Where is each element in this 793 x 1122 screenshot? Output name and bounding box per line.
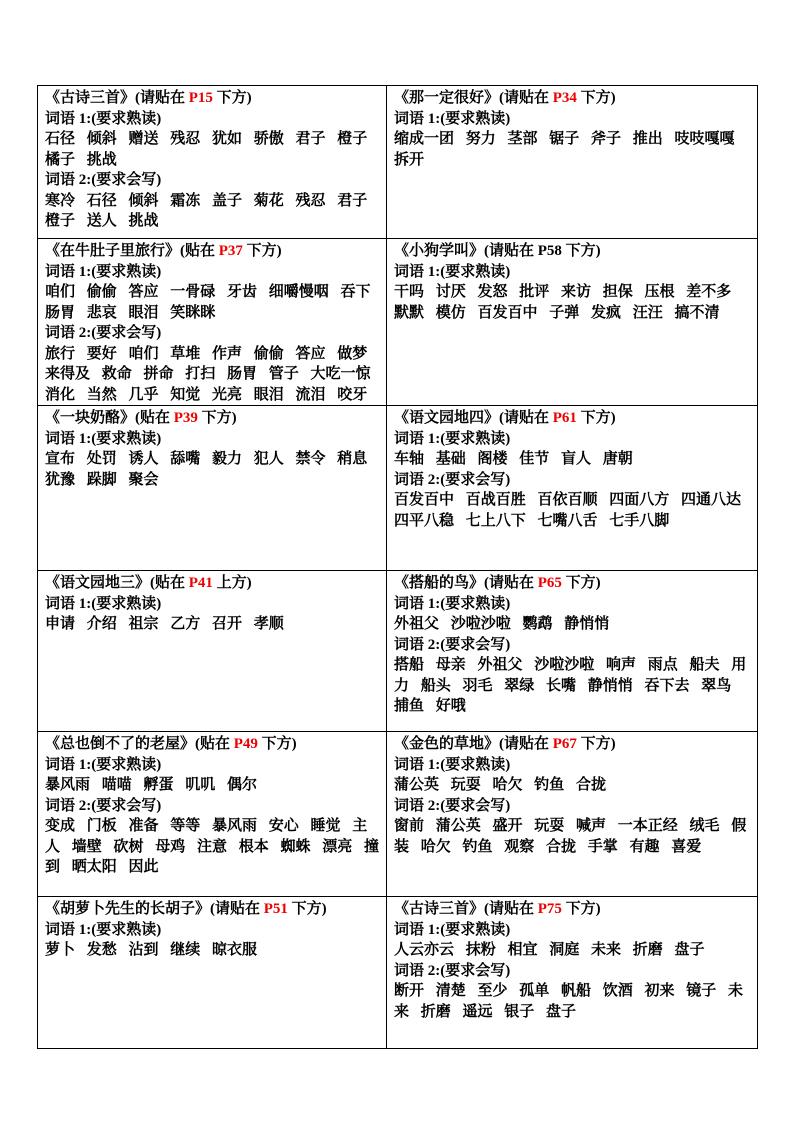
lesson-title-prefix: 《语文园地三》(贴在 [45,575,189,591]
lesson-title: 《搭船的鸟》(请贴在 P65 下方) [394,573,751,594]
lesson-title: 《古诗三首》(请贴在 P15 下方) [45,88,380,109]
lesson-title-prefix: 《在牛肚子里旅行》(贴在 [45,243,219,259]
lesson-title-suffix: 下方) [577,90,616,106]
words2-label: 词语 2:(要求会写) [394,470,751,491]
vocab-cell-gushisanshou-2: 《古诗三首》(请贴在 P75 下方) 词语 1:(要求熟读) 人云亦云 抹粉 相… [387,897,758,1049]
table-row: 《总也倒不了的老屋》(贴在 P49 下方) 词语 1:(要求熟读) 暴风雨 喵喵… [38,732,758,897]
lesson-title: 《总也倒不了的老屋》(贴在 P49 下方) [45,734,380,755]
page-ref: P65 [538,575,562,591]
vocab-cell-gushisanshou-1: 《古诗三首》(请贴在 P15 下方) 词语 1:(要求熟读) 石径 倾斜 赠送 … [38,86,387,239]
page-ref: P58 [538,243,562,259]
table-row: 《一块奶酪》(贴在 P39 下方) 词语 1:(要求熟读) 宣布 处罚 诱人 舔… [38,406,758,571]
vocab-cell-nayidinghenhao: 《那一定很好》(请贴在 P34 下方) 词语 1:(要求熟读) 缩成一团 努力 … [387,86,758,239]
vocab-cell-huluobo: 《胡萝卜先生的长胡子》(请贴在 P51 下方) 词语 1:(要求熟读) 萝卜 发… [38,897,387,1049]
words2-list: 百发百中 百战百胜 百依百顺 四面八方 四通八达 四平八稳 七上八下 七嘴八舌 … [394,490,751,531]
lesson-title-suffix: 下方) [577,410,616,426]
page-ref: P15 [189,90,213,106]
words1-label: 词语 1:(要求熟读) [394,429,751,450]
lesson-title-suffix: 下方) [562,575,601,591]
words2-label: 词语 2:(要求会写) [394,796,751,817]
lesson-title-prefix: 《总也倒不了的老屋》(贴在 [45,736,234,752]
page-ref: P61 [553,410,577,426]
words1-list: 人云亦云 抹粉 相宜 洞庭 未来 折磨 盘子 [394,940,751,961]
page-ref: P51 [264,901,288,917]
vocab-cell-xiaogouxuejiao: 《小狗学叫》(请贴在 P58 下方) 词语 1:(要求熟读) 干吗 讨厌 发怒 … [387,239,758,406]
lesson-title-suffix: 下方) [198,410,237,426]
page-ref: P34 [553,90,577,106]
words1-label: 词语 1:(要求熟读) [45,429,380,450]
page-ref: P41 [189,575,213,591]
page-ref: P67 [553,736,577,752]
table-row: 《在牛肚子里旅行》(贴在 P37 下方) 词语 1:(要求熟读) 咱们 偷偷 答… [38,239,758,406]
lesson-title-prefix: 《胡萝卜先生的长胡子》(请贴在 [45,901,264,917]
table-row: 《胡萝卜先生的长胡子》(请贴在 P51 下方) 词语 1:(要求熟读) 萝卜 发… [38,897,758,1049]
words1-list: 缩成一团 努力 茎部 锯子 斧子 推出 吱吱嘎嘎 拆开 [394,129,751,170]
lesson-title-prefix: 《搭船的鸟》(请贴在 [394,575,538,591]
vocab-cell-dachuandeniao: 《搭船的鸟》(请贴在 P65 下方) 词语 1:(要求熟读) 外祖父 沙啦沙啦 … [387,571,758,732]
words1-label: 词语 1:(要求熟读) [45,594,380,615]
table-row: 《语文园地三》(贴在 P41 上方) 词语 1:(要求熟读) 申请 介绍 祖宗 … [38,571,758,732]
page-ref: P49 [234,736,258,752]
lesson-title-prefix: 《语文园地四》(请贴在 [394,410,553,426]
vocab-cell-yuwenyuandi-3: 《语文园地三》(贴在 P41 上方) 词语 1:(要求熟读) 申请 介绍 祖宗 … [38,571,387,732]
lesson-title-prefix: 《那一定很好》(请贴在 [394,90,553,106]
words2-label: 词语 2:(要求会写) [394,635,751,656]
vocab-cell-yuwenyuandi-4: 《语文园地四》(请贴在 P61 下方) 词语 1:(要求熟读) 车轴 基础 阁楼… [387,406,758,571]
lesson-title: 《语文园地四》(请贴在 P61 下方) [394,408,751,429]
lesson-title-suffix: 下方) [258,736,297,752]
lesson-title-prefix: 《金色的草地》(请贴在 [394,736,553,752]
words2-label: 词语 2:(要求会写) [45,323,380,344]
lesson-title-suffix: 上方) [213,575,252,591]
words1-list: 萝卜 发愁 沾到 继续 晾衣服 [45,940,380,961]
words1-list: 外祖父 沙啦沙啦 鹦鹉 静悄悄 [394,614,751,635]
words2-label: 词语 2:(要求会写) [394,961,751,982]
words1-list: 暴风雨 喵喵 孵蛋 叽叽 偶尔 [45,775,380,796]
vocab-table: 《古诗三首》(请贴在 P15 下方) 词语 1:(要求熟读) 石径 倾斜 赠送 … [37,85,758,1049]
words1-list: 石径 倾斜 赠送 残忍 犹如 骄傲 君子 橙子 橘子 挑战 [45,129,380,170]
words1-label: 词语 1:(要求熟读) [394,920,751,941]
words1-list: 宣布 处罚 诱人 舔嘴 毅力 犯人 禁令 稍息 犹豫 跺脚 聚会 [45,449,380,490]
lesson-title-suffix: 下方) [577,736,616,752]
words2-list: 搭船 母亲 外祖父 沙啦沙啦 响声 雨点 船夫 用力 船头 羽毛 翠绿 长嘴 静… [394,655,751,717]
lesson-title-suffix: 下方) [562,243,601,259]
words2-list: 断开 清楚 至少 孤单 帆船 饮酒 初来 镜子 未来 折磨 遥远 银子 盘子 [394,981,751,1022]
words2-list: 窗前 蒲公英 盛开 玩耍 喊声 一本正经 绒毛 假装 哈欠 钓鱼 观察 合拢 手… [394,816,751,857]
lesson-title-prefix: 《小狗学叫》(请贴在 [394,243,538,259]
words1-label: 词语 1:(要求熟读) [45,109,380,130]
words2-label: 词语 2:(要求会写) [45,796,380,817]
lesson-title: 《小狗学叫》(请贴在 P58 下方) [394,241,751,262]
lesson-title-prefix: 《古诗三首》(请贴在 [394,901,538,917]
lesson-title: 《一块奶酪》(贴在 P39 下方) [45,408,380,429]
page-ref: P39 [174,410,198,426]
vocab-cell-yikuainaiLao: 《一块奶酪》(贴在 P39 下方) 词语 1:(要求熟读) 宣布 处罚 诱人 舔… [38,406,387,571]
lesson-title: 《语文园地三》(贴在 P41 上方) [45,573,380,594]
words2-list: 变成 门板 准备 等等 暴风雨 安心 睡觉 主人 墙壁 砍树 母鸡 注意 根本 … [45,816,380,878]
page-ref: P75 [538,901,562,917]
lesson-title: 《古诗三首》(请贴在 P75 下方) [394,899,751,920]
words1-list: 蒲公英 玩耍 哈欠 钓鱼 合拢 [394,775,751,796]
words1-label: 词语 1:(要求熟读) [394,109,751,130]
words1-list: 咱们 偷偷 答应 一骨碌 牙齿 细嚼慢咽 吞下 肠胃 悲哀 眼泪 笑眯眯 [45,282,380,323]
lesson-title: 《金色的草地》(请贴在 P67 下方) [394,734,751,755]
words1-label: 词语 1:(要求熟读) [394,755,751,776]
words1-label: 词语 1:(要求熟读) [45,755,380,776]
words1-label: 词语 1:(要求熟读) [394,594,751,615]
words1-list: 车轴 基础 阁楼 佳节 盲人 唐朝 [394,449,751,470]
lesson-title: 《在牛肚子里旅行》(贴在 P37 下方) [45,241,380,262]
lesson-title-suffix: 下方) [288,901,327,917]
words1-list: 干吗 讨厌 发怒 批评 来访 担保 压根 差不多 默默 模仿 百发百中 子弹 发… [394,282,751,323]
lesson-title-prefix: 《古诗三首》(请贴在 [45,90,189,106]
vocab-cell-zongyedaobuliao: 《总也倒不了的老屋》(贴在 P49 下方) 词语 1:(要求熟读) 暴风雨 喵喵… [38,732,387,897]
lesson-title-suffix: 下方) [243,243,282,259]
words1-label: 词语 1:(要求熟读) [45,262,380,283]
words1-label: 词语 1:(要求熟读) [45,920,380,941]
lesson-title-suffix: 下方) [562,901,601,917]
vocab-cell-jinsedecaodi: 《金色的草地》(请贴在 P67 下方) 词语 1:(要求熟读) 蒲公英 玩耍 哈… [387,732,758,897]
words2-label: 词语 2:(要求会写) [45,170,380,191]
words1-list: 申请 介绍 祖宗 乙方 召开 孝顺 [45,614,380,635]
table-row: 《古诗三首》(请贴在 P15 下方) 词语 1:(要求熟读) 石径 倾斜 赠送 … [38,86,758,239]
lesson-title-suffix: 下方) [213,90,252,106]
vocab-cell-zainiuduzi: 《在牛肚子里旅行》(贴在 P37 下方) 词语 1:(要求熟读) 咱们 偷偷 答… [38,239,387,406]
words2-list: 旅行 要好 咱们 草堆 作声 偷偷 答应 做梦 来得及 救命 拼命 打扫 肠胃 … [45,344,380,406]
words2-list: 寒冷 石径 倾斜 霜冻 盖子 菊花 残忍 君子 橙子 送人 挑战 [45,191,380,232]
lesson-title: 《那一定很好》(请贴在 P34 下方) [394,88,751,109]
words1-label: 词语 1:(要求熟读) [394,262,751,283]
page-ref: P37 [219,243,243,259]
lesson-title-prefix: 《一块奶酪》(贴在 [45,410,174,426]
lesson-title: 《胡萝卜先生的长胡子》(请贴在 P51 下方) [45,899,380,920]
